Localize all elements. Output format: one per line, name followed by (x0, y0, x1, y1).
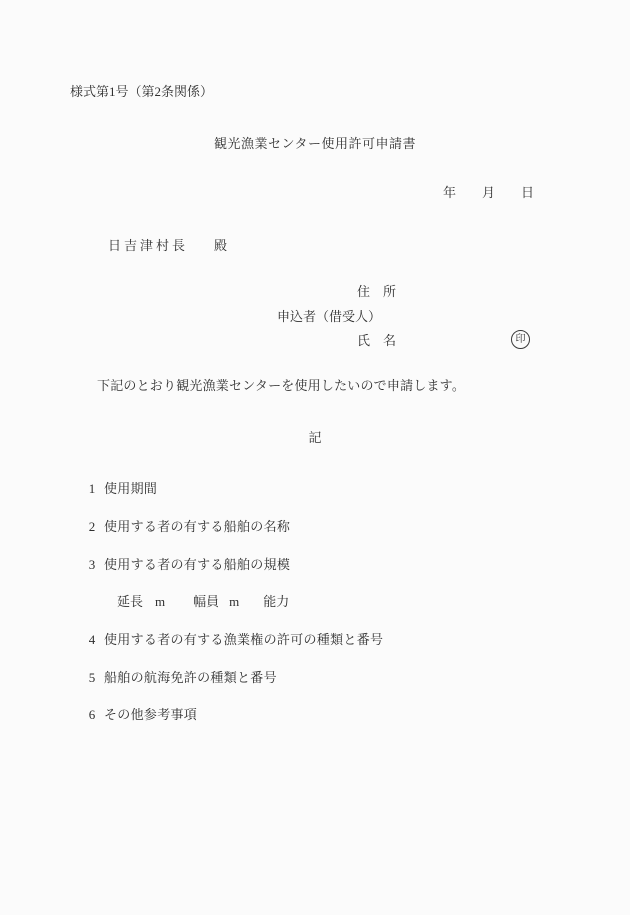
length-label: 延長 (117, 594, 143, 611)
addressee-line: 日吉津村長 殿 (108, 238, 227, 255)
seal-stamp-icon: 印 (511, 330, 530, 349)
item-text: 船舶の航海免許の種類と番号 (104, 670, 277, 687)
item-number: 1 (88, 481, 96, 498)
applicant-name-label: 氏 名 (357, 333, 396, 350)
list-item: 3 使用する者の有する船舶の規模 (88, 557, 290, 574)
item-number: 4 (88, 632, 96, 649)
date-line: 年 月 日 (443, 185, 534, 202)
item-text: その他参考事項 (104, 707, 197, 724)
item-text: 使用する者の有する船舶の規模 (104, 557, 290, 574)
date-month-label: 月 (482, 185, 495, 202)
applicant-role-label: 申込者（借受人） (277, 309, 381, 326)
application-form-page: 様式第1号（第2条関係） 観光漁業センター使用許可申請書 年 月 日 日吉津村長… (0, 0, 630, 915)
section-marker: 記 (0, 430, 630, 447)
applicant-address-label: 住 所 (357, 284, 396, 301)
item-text: 使用する者の有する船舶の名称 (104, 519, 290, 536)
list-item: 1 使用期間 (88, 481, 157, 498)
item-text: 使用する者の有する漁業権の許可の種類と番号 (104, 632, 383, 649)
date-month-blank (495, 185, 521, 202)
addressee-honorific: 殿 (214, 238, 227, 255)
list-item: 5 船舶の航海免許の種類と番号 (88, 670, 277, 687)
list-item: 2 使用する者の有する船舶の名称 (88, 519, 290, 536)
item-number: 5 (88, 670, 96, 687)
document-title: 観光漁業センター使用許可申請書 (0, 136, 630, 153)
item-number: 6 (88, 707, 96, 724)
intro-sentence: 下記のとおり観光漁業センターを使用したいので申請します。 (97, 378, 465, 395)
item-number: 3 (88, 557, 96, 574)
addressee-name: 日吉津村長 (108, 238, 188, 255)
form-number: 様式第1号（第2条関係） (70, 84, 213, 101)
length-unit: m (155, 594, 165, 611)
date-year-label: 年 (443, 185, 456, 202)
list-item: 4 使用する者の有する漁業権の許可の種類と番号 (88, 632, 383, 649)
vessel-dimensions-line: 延長 m 幅員 m 能力 (117, 594, 289, 611)
list-item: 6 その他参考事項 (88, 707, 197, 724)
capacity-label: 能力 (263, 594, 289, 611)
item-number: 2 (88, 519, 96, 536)
date-year-blank (456, 185, 482, 202)
width-unit: m (229, 594, 239, 611)
item-text: 使用期間 (104, 481, 157, 498)
seal-character: 印 (516, 335, 526, 345)
width-label: 幅員 (193, 594, 219, 611)
date-day-label: 日 (521, 185, 534, 202)
